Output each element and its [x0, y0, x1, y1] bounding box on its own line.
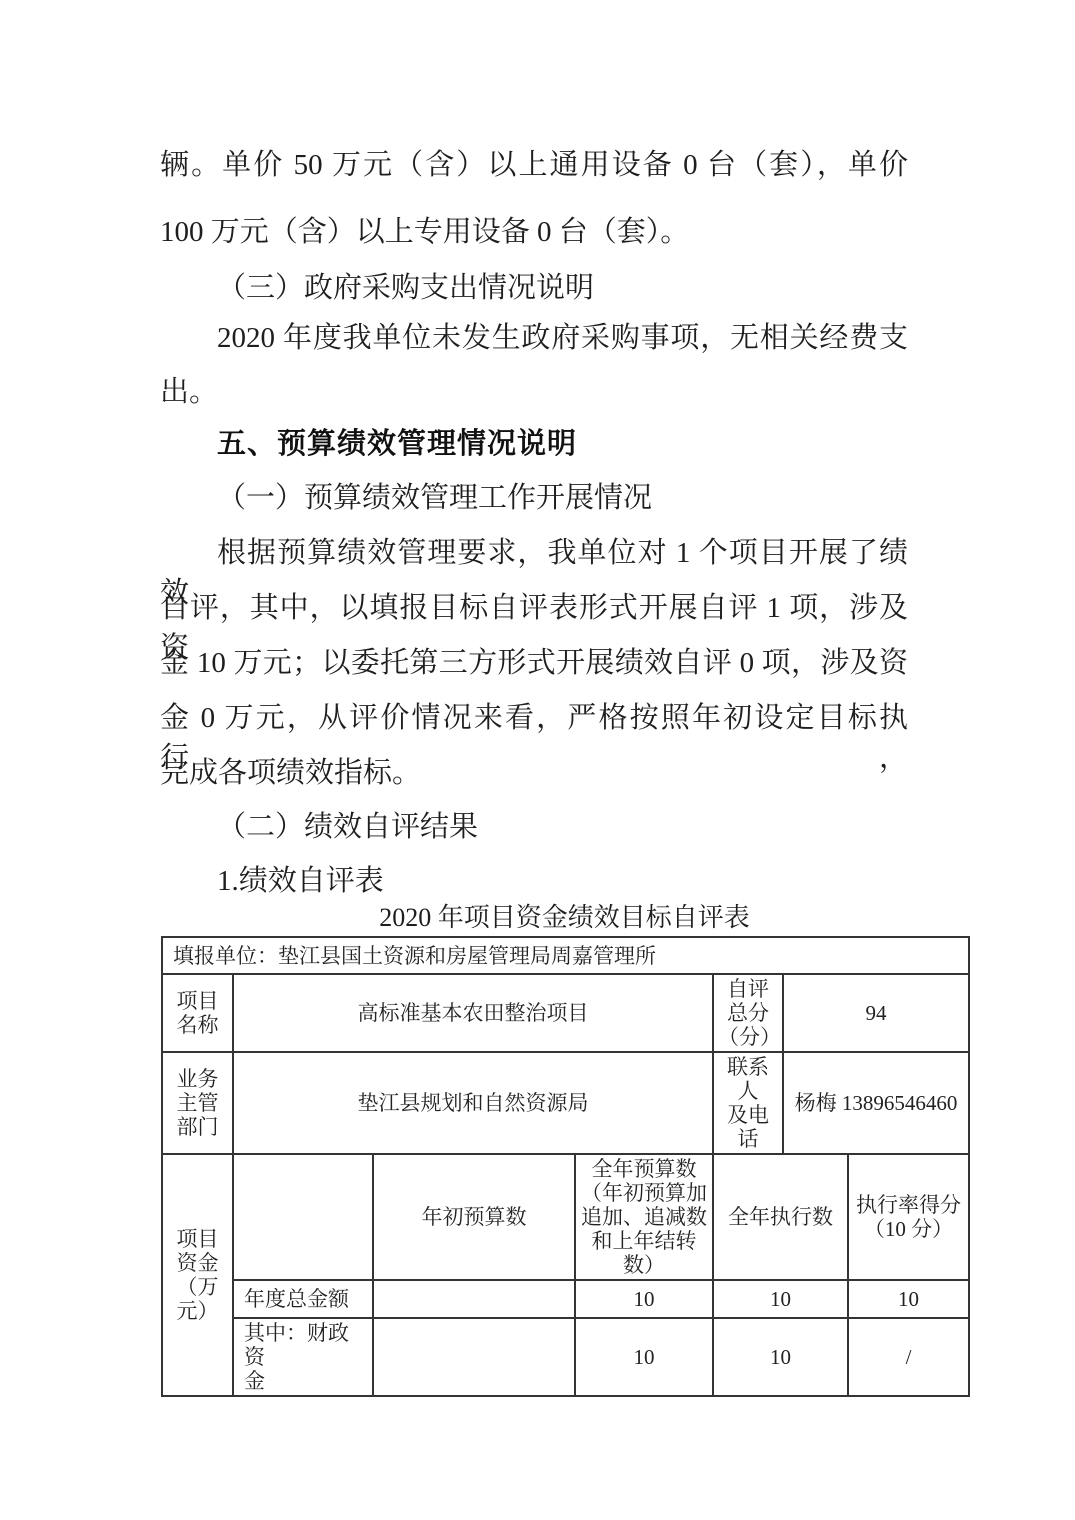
cell-total-annual-execution: 10 — [713, 1280, 848, 1318]
table-title: 2020 年项目资金绩效目标自评表 — [161, 901, 968, 935]
cell-self-score-label: 自评 总分 （分） — [713, 974, 783, 1052]
cell-contact-label: 联系 人 及电 话 — [713, 1052, 783, 1154]
cell-fund-row-label-header — [233, 1154, 373, 1280]
doc-line-4: 2020 年度我单位未发生政府采购事项，无相关经费支 — [160, 318, 908, 358]
doc-subheading-2: （二）绩效自评结果 — [160, 807, 908, 847]
cell-fiscal-execution-score: / — [848, 1318, 969, 1396]
document-page: { "document": { "lines": [ "辆。单价 50 万元（含… — [0, 0, 1075, 1520]
self-eval-table: 填报单位：垫江县国土资源和房屋管理局周嘉管理所 项目 名称 高标准基本农田整治项… — [161, 936, 970, 1397]
cell-total-initial-budget — [373, 1280, 575, 1318]
cell-col-annual-budget: 全年预算数 （年初预算加 追加、追减数 和上年结转 数） — [575, 1154, 713, 1280]
cell-fund-label: 项目 资金 （万 元） — [162, 1154, 233, 1396]
doc-line-10: 金 10 万元；以委托第三方形式开展绩效自评 0 项，涉及资 — [160, 643, 908, 683]
doc-line-1: 辆。单价 50 万元（含）以上通用设备 0 台（套），单价 — [160, 145, 908, 185]
doc-line-12: 完成各项绩效指标。 — [160, 753, 908, 793]
cell-dept-value: 垫江县规划和自然资源局 — [233, 1052, 713, 1154]
cell-filing-unit: 填报单位：垫江县国土资源和房屋管理局周嘉管理所 — [162, 937, 969, 974]
cell-col-annual-execution: 全年执行数 — [713, 1154, 848, 1280]
doc-line-2: 100 万元（含）以上专用设备 0 台（套）。 — [160, 212, 908, 252]
cell-dept-label: 业务 主管 部门 — [162, 1052, 233, 1154]
cell-project-name-label: 项目 名称 — [162, 974, 233, 1052]
cell-fiscal-label: 其中：财政资 金 — [233, 1318, 373, 1396]
cell-contact-value: 杨梅 13896546460 — [783, 1052, 969, 1154]
cell-total-label: 年度总金额 — [233, 1280, 373, 1318]
cell-col-execution-score: 执行率得分 （10 分） — [848, 1154, 969, 1280]
cell-fiscal-annual-budget: 10 — [575, 1318, 713, 1396]
cell-total-execution-score: 10 — [848, 1280, 969, 1318]
doc-subheading-1: （一）预算绩效管理工作开展情况 — [160, 478, 908, 518]
cell-project-name-value: 高标准基本农田整治项目 — [233, 974, 713, 1052]
section-heading-5: 五、预算绩效管理情况说明 — [160, 424, 908, 464]
doc-line-5: 出。 — [160, 372, 908, 412]
doc-subheading-table: 1.绩效自评表 — [160, 861, 908, 901]
cell-total-annual-budget: 10 — [575, 1280, 713, 1318]
doc-subheading-3: （三）政府采购支出情况说明 — [160, 268, 908, 308]
cell-fiscal-initial-budget — [373, 1318, 575, 1396]
cell-col-initial-budget: 年初预算数 — [373, 1154, 575, 1280]
cell-self-score-value: 94 — [783, 974, 969, 1052]
cell-fiscal-annual-execution: 10 — [713, 1318, 848, 1396]
